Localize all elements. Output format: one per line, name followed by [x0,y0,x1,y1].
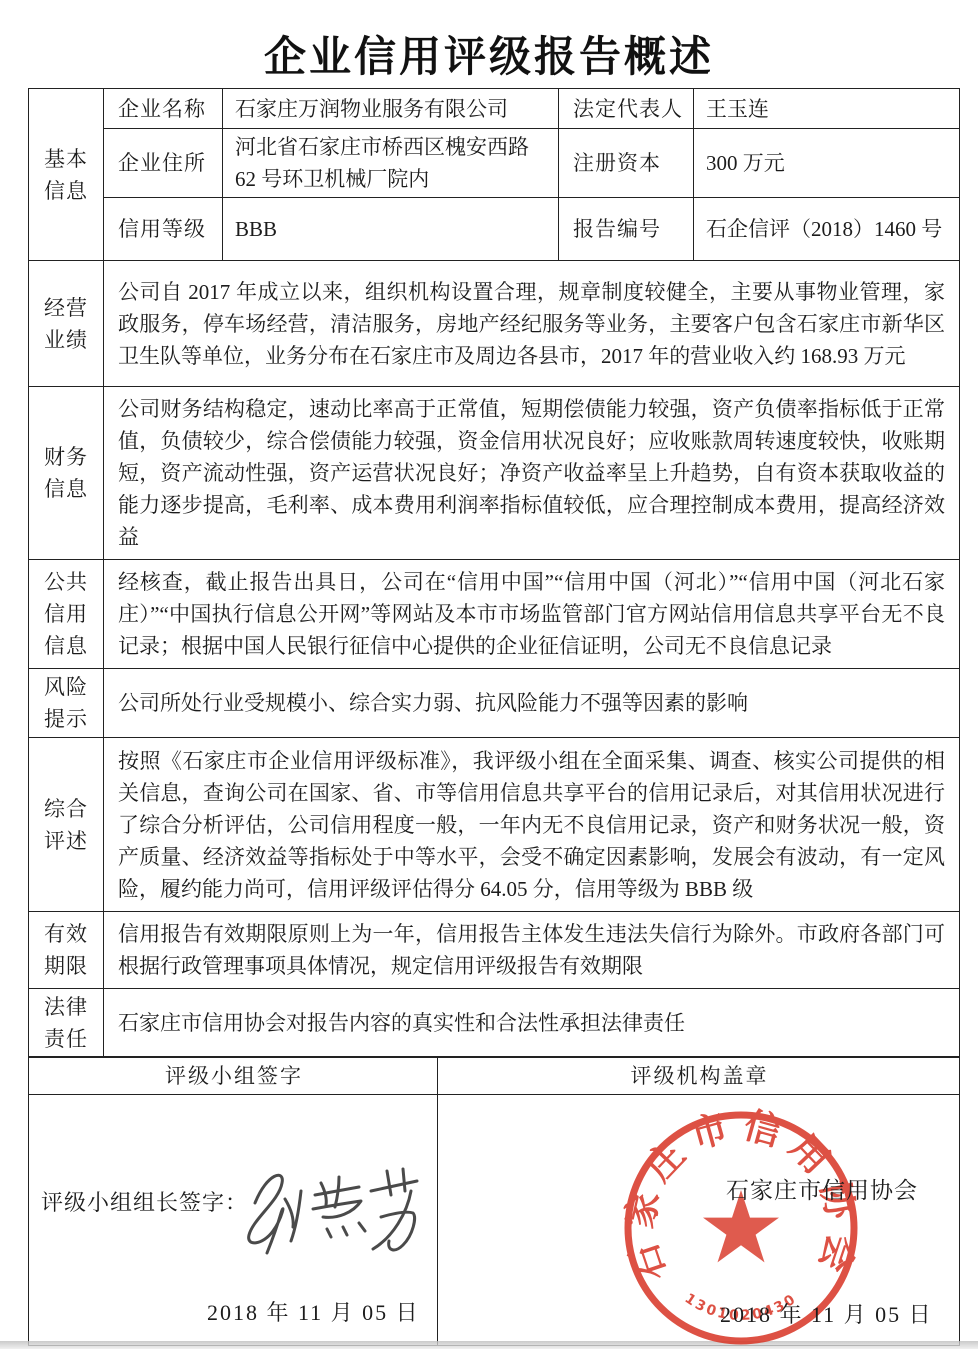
agency-name-text: 石家庄市信用协会 [726,1175,918,1207]
section-text-business-performance: 公司自 2017 年成立以来，组织机构设置合理，规章制度较健全，主要从事物业管理… [104,261,960,387]
table-row: 法律责任 石家庄市信用协会对报告内容的真实性和合法性承担法律责任 [29,989,960,1058]
page-title: 企业信用评级报告概述 [0,24,978,84]
section-text-public-credit-info: 经核查，截止报告出具日，公司在“信用中国”“信用中国（河北）”“信用中国（河北石… [104,560,960,669]
section-label-overall-review: 综合评述 [29,738,104,912]
table-row: 公共信用信息 经核查，截止报告出具日，公司在“信用中国”“信用中国（河北）”“信… [29,560,960,669]
team-leader-signature-label: 评级小组组长签字： [41,1187,248,1219]
field-label-report-number: 报告编号 [559,198,694,261]
handwritten-signature [241,1161,431,1271]
seal-cell: 石家庄市信用协会 石家庄市信用协会 1301020430 [438,1095,960,1346]
table-row: 风险提示 公司所处行业受规模小、综合实力弱、抗风险能力不强等因素的影响 [29,669,960,738]
table-row: 信用等级 BBB 报告编号 石企信评（2018）1460 号 [29,198,960,261]
section-label-public-credit-info: 公共信用信息 [29,560,104,669]
field-value-report-number: 石企信评（2018）1460 号 [694,198,960,261]
table-row: 有效期限 信用报告有效期限原则上为一年，信用报告主体发生违法失信行为除外。市政府… [29,912,960,989]
field-label-legal-representative: 法定代表人 [559,89,694,129]
section-label-legal-liability: 法律责任 [29,989,104,1058]
signature-cell: 评级小组组长签字： [29,1095,438,1346]
signature-date: 2018 年 11 月 05 日 [207,1297,420,1329]
field-value-registered-capital: 300 万元 [694,129,960,198]
report-page: 企业信用评级报告概述 基本信息 企业名称 石家庄万润物业服务有限公司 法定代表人… [0,0,978,1359]
field-value-legal-representative: 王玉连 [694,89,960,129]
table-row: 财务信息 公司财务结构稳定，速动比率高于正常值，短期偿债能力较强，资产负债率指标… [29,387,960,560]
section-text-validity-period: 信用报告有效期限原则上为一年，信用报告主体发生违法失信行为除外。市政府各部门可根… [104,912,960,989]
table-row: 评级小组组长签字： [29,1095,960,1346]
table-row: 企业住所 河北省石家庄市桥西区槐安西路 62 号环卫机械厂院内 注册资本 300… [29,129,960,198]
section-text-overall-review: 按照《石家庄市企业信用评级标准》，我评级小组在全面采集、调查、核实公司提供的相关… [104,738,960,912]
section-text-financial-info: 公司财务结构稳定，速动比率高于正常值，短期偿债能力较强，资产负债率指标低于正常值… [104,387,960,560]
main-table: 基本信息 企业名称 石家庄万润物业服务有限公司 法定代表人 王玉连 企业住所 河… [28,88,960,1058]
section-label-validity-period: 有效期限 [29,912,104,989]
field-value-company-name: 石家庄万润物业服务有限公司 [223,89,559,129]
section-label-basic-info: 基本信息 [29,89,104,261]
field-label-registered-capital: 注册资本 [559,129,694,198]
signoff-header-agency-seal: 评级机构盖章 [438,1057,960,1095]
report-tables: 基本信息 企业名称 石家庄万润物业服务有限公司 法定代表人 王玉连 企业住所 河… [28,88,959,1346]
section-text-risk-notice: 公司所处行业受规模小、综合实力弱、抗风险能力不强等因素的影响 [104,669,960,738]
section-text-legal-liability: 石家庄市信用协会对报告内容的真实性和合法性承担法律责任 [104,989,960,1058]
field-label-company-name: 企业名称 [104,89,223,129]
table-row: 综合评述 按照《石家庄市企业信用评级标准》，我评级小组在全面采集、调查、核实公司… [29,738,960,912]
table-row: 评级小组签字 评级机构盖章 [29,1057,960,1095]
section-label-financial-info: 财务信息 [29,387,104,560]
signoff-header-team-signature: 评级小组签字 [29,1057,438,1095]
table-row: 基本信息 企业名称 石家庄万润物业服务有限公司 法定代表人 王玉连 [29,89,960,129]
section-label-business-performance: 经营业绩 [29,261,104,387]
seal-date: 2018 年 11 月 05 日 [720,1299,933,1331]
table-row: 经营业绩 公司自 2017 年成立以来，组织机构设置合理，规章制度较健全，主要从… [29,261,960,387]
signoff-table: 评级小组签字 评级机构盖章 评级小组组长签字： [28,1056,960,1346]
field-value-credit-grade: BBB [223,198,559,261]
section-label-risk-notice: 风险提示 [29,669,104,738]
field-label-company-address: 企业住所 [104,129,223,198]
field-label-credit-grade: 信用等级 [104,198,223,261]
field-value-company-address: 河北省石家庄市桥西区槐安西路 62 号环卫机械厂院内 [223,129,559,198]
